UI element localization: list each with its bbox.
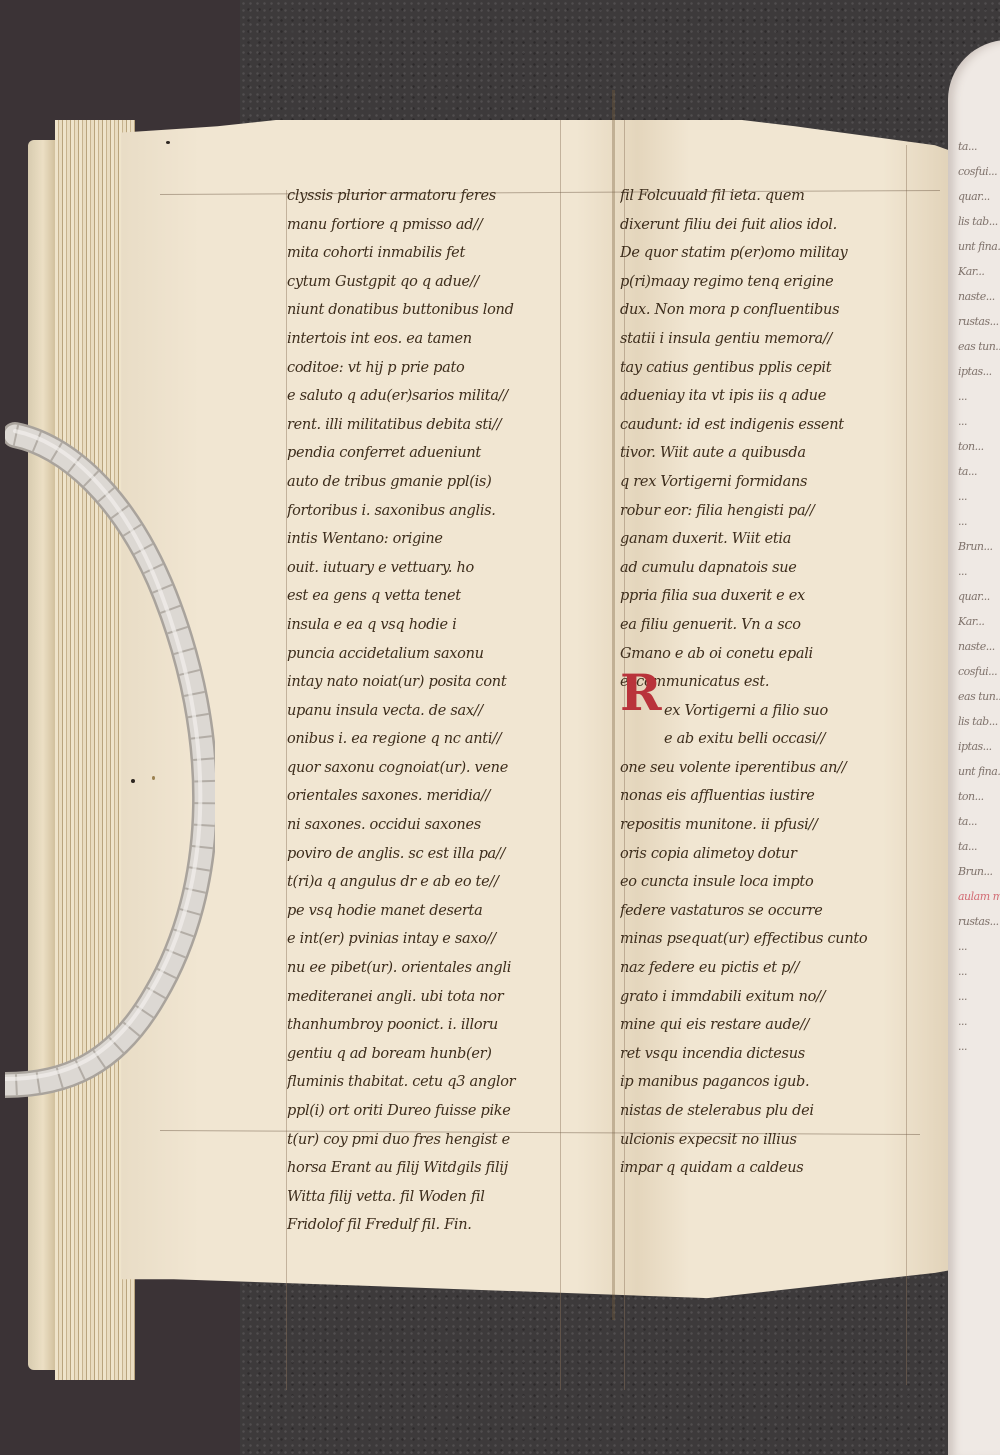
text-line: niunt donatibus buttonibus lond bbox=[287, 296, 592, 325]
text-line: ouit. iutuary e vettuary. ho bbox=[287, 554, 592, 583]
text-line: ret vsqu incendia dictesus bbox=[620, 1040, 920, 1069]
text-line: Fridolof fil Fredulf fil. Fin. bbox=[287, 1211, 592, 1240]
text-line: ppria filia sua duxerit e ex bbox=[620, 582, 920, 611]
text-line: cosfui... bbox=[958, 665, 1000, 685]
text-line: Gmano e ab oi conetu epali bbox=[620, 640, 920, 669]
text-line: ea filiu genuerit. Vn a sco bbox=[620, 611, 920, 640]
text-line: p(ri)maay regimo tenq erigine bbox=[620, 268, 920, 297]
text-line: dux. Non mora p confluentibus bbox=[620, 296, 920, 325]
text-line: quar... bbox=[958, 590, 1000, 610]
text-line: eas tun... bbox=[958, 340, 1000, 360]
text-line: cosfui... bbox=[958, 165, 1000, 185]
text-line: rustas... bbox=[958, 315, 1000, 335]
text-line: oris copia alimetoy dotur bbox=[620, 840, 920, 869]
text-line: rustas... bbox=[958, 915, 1000, 935]
text-line: intertois int eos. ea tamen bbox=[287, 325, 592, 354]
text-line: thanhumbroy poonict. i. illoru bbox=[287, 1011, 592, 1040]
text-line: caudunt: id est indigenis essent bbox=[620, 411, 920, 440]
text-line: De quor statim p(er)omo militay bbox=[620, 239, 920, 268]
rubricated-initial: R bbox=[620, 668, 662, 718]
text-line: ... bbox=[958, 990, 1000, 1010]
text-line: unt fina... bbox=[958, 240, 1000, 260]
text-line: upanu insula vecta. de sax// bbox=[287, 697, 592, 726]
text-line: orientales saxones. meridia// bbox=[287, 782, 592, 811]
text-line: grato i immdabili exitum no// bbox=[620, 983, 920, 1012]
text-line: e saluto q adu(er)sarios milita// bbox=[287, 382, 592, 411]
text-line: Kar... bbox=[958, 615, 1000, 635]
text-line: e int(er) pvinias intay e saxo// bbox=[287, 925, 592, 954]
text-line: manu fortiore q pmisso ad// bbox=[287, 211, 592, 240]
text-line: naste... bbox=[958, 290, 1000, 310]
text-line: ta... bbox=[958, 840, 1000, 860]
text-line: ... bbox=[958, 490, 1000, 510]
text-line: mita cohorti inmabilis fet bbox=[287, 239, 592, 268]
text-line: minas psequat(ur) effectibus cunto bbox=[620, 925, 920, 954]
ink-speck bbox=[166, 141, 170, 144]
text-line: ganam duxerit. Wiit etia bbox=[620, 525, 920, 554]
text-line: one seu volente iperentibus an// bbox=[620, 754, 920, 783]
text-line: tay catius gentibus pplis cepit bbox=[620, 354, 920, 383]
text-line: ppl(i) ort oriti Dureo fuisse pike bbox=[287, 1097, 592, 1126]
text-line: ... bbox=[958, 390, 1000, 410]
text-line: t(ur) coy pmi duo fres hengist e bbox=[287, 1126, 592, 1155]
text-line: fluminis thabitat. cetu q3 anglor bbox=[287, 1068, 592, 1097]
text-line: quor saxonu cognoiat(ur). vene bbox=[287, 754, 592, 783]
text-line: robur eor: filia hengisti pa// bbox=[620, 497, 920, 526]
text-line: pendia conferret adueniunt bbox=[287, 439, 592, 468]
text-line: Kar... bbox=[958, 265, 1000, 285]
text-line: fil Folcuuald fil ieta. quem bbox=[620, 182, 920, 211]
text-line: statii i insula gentiu memora// bbox=[620, 325, 920, 354]
column-fold-crease bbox=[612, 90, 615, 1320]
text-line: iptas... bbox=[958, 740, 1000, 760]
text-line: impar q quidam a caldeus bbox=[620, 1154, 920, 1183]
text-line: est ea gens q vetta tenet bbox=[287, 582, 592, 611]
text-line: mediteranei angli. ubi tota nor bbox=[287, 983, 592, 1012]
text-line: Witta filij vetta. fil Woden fil bbox=[287, 1183, 592, 1212]
text-line: ... bbox=[958, 965, 1000, 985]
text-line: ton... bbox=[958, 790, 1000, 810]
text-line: lis tab... bbox=[958, 715, 1000, 735]
text-line: auto de tribus gmanie ppl(is) bbox=[287, 468, 592, 497]
right-text-column: fil Folcuuald fil ieta. quem dixerunt fi… bbox=[620, 182, 920, 1183]
text-line: pe vsq hodie manet deserta bbox=[287, 897, 592, 926]
text-line: nonas eis affluentias iustire bbox=[620, 782, 920, 811]
text-line: gentiu q ad boream hunb(er) bbox=[287, 1040, 592, 1069]
text-line: ... bbox=[958, 940, 1000, 960]
text-line: ... bbox=[958, 565, 1000, 585]
text-line: repositis munitone. ii pfusi// bbox=[620, 811, 920, 840]
text-line: nu ee pibet(ur). orientales angli bbox=[287, 954, 592, 983]
text-line: insula e ea q vsq hodie i bbox=[287, 611, 592, 640]
text-line: ... bbox=[958, 1040, 1000, 1060]
text-line: ... bbox=[958, 515, 1000, 535]
facing-page-text: ta... cosfui... quar... lis tab... unt f… bbox=[958, 140, 1000, 1200]
text-line: ... bbox=[958, 1015, 1000, 1035]
text-line: intay nato noiat(ur) posita cont bbox=[287, 668, 592, 697]
text-line: naste... bbox=[958, 640, 1000, 660]
text-line: puncia accidetalium saxonu bbox=[287, 640, 592, 669]
text-line: onibus i. ea regione q nc anti// bbox=[287, 725, 592, 754]
text-line: intis Wentano: origine bbox=[287, 525, 592, 554]
text-line: ... bbox=[958, 415, 1000, 435]
text-line: ta... bbox=[958, 140, 1000, 160]
text-line: ulcionis expecsit no illius bbox=[620, 1126, 920, 1155]
left-text-column: clyssis plurior armatoru feres manu fort… bbox=[287, 182, 592, 1240]
text-line: t(ri)a q angulus dr e ab eo te// bbox=[287, 868, 592, 897]
text-line: Brun... bbox=[958, 540, 1000, 560]
text-line: nistas de stelerabus plu dei bbox=[620, 1097, 920, 1126]
text-line: excommunicatus est. bbox=[620, 668, 920, 697]
text-line: horsa Erant au filij Witdgils filij bbox=[287, 1154, 592, 1183]
ink-speck bbox=[131, 779, 135, 783]
text-line: iptas... bbox=[958, 365, 1000, 385]
text-line: tivor. Wiit aute a quibusda bbox=[620, 439, 920, 468]
text-line: eas tun... bbox=[958, 690, 1000, 710]
text-line: unt fina... bbox=[958, 765, 1000, 785]
text-line: ta... bbox=[958, 815, 1000, 835]
text-line: quar... bbox=[958, 190, 1000, 210]
text-line: eo cuncta insule loca impto bbox=[620, 868, 920, 897]
text-line: adueniay ita vt ipis iis q adue bbox=[620, 382, 920, 411]
text-line: federe vastaturos se occurre bbox=[620, 897, 920, 926]
text-line: dixerunt filiu dei fuit alios idol. bbox=[620, 211, 920, 240]
text-line: ni saxones. occidui saxones bbox=[287, 811, 592, 840]
text-line: ta... bbox=[958, 465, 1000, 485]
text-line: poviro de anglis. sc est illa pa// bbox=[287, 840, 592, 869]
text-line: ton... bbox=[958, 440, 1000, 460]
text-line: Brun... bbox=[958, 865, 1000, 885]
text-line: lis tab... bbox=[958, 215, 1000, 235]
text-line: clyssis plurior armatoru feres bbox=[287, 182, 592, 211]
ink-speck bbox=[152, 776, 155, 780]
text-line: fortoribus i. saxonibus anglis. bbox=[287, 497, 592, 526]
text-line: ad cumulu dapnatois sue bbox=[620, 554, 920, 583]
text-line: q rex Vortigerni formidans bbox=[620, 468, 920, 497]
text-line: ex Vortigerni a filio suo bbox=[620, 697, 920, 726]
rubric-line: aulam mor... bbox=[958, 890, 1000, 910]
text-line: naz federe eu pictis et p// bbox=[620, 954, 920, 983]
text-line: rent. illi militatibus debita sti// bbox=[287, 411, 592, 440]
text-line: cytum Gustgpit qo q adue// bbox=[287, 268, 592, 297]
text-line: mine qui eis restare aude// bbox=[620, 1011, 920, 1040]
text-line: ip manibus pagancos igub. bbox=[620, 1068, 920, 1097]
text-line: coditoe: vt hij p prie pato bbox=[287, 354, 592, 383]
text-line: e ab exitu belli occasi// bbox=[620, 725, 920, 754]
